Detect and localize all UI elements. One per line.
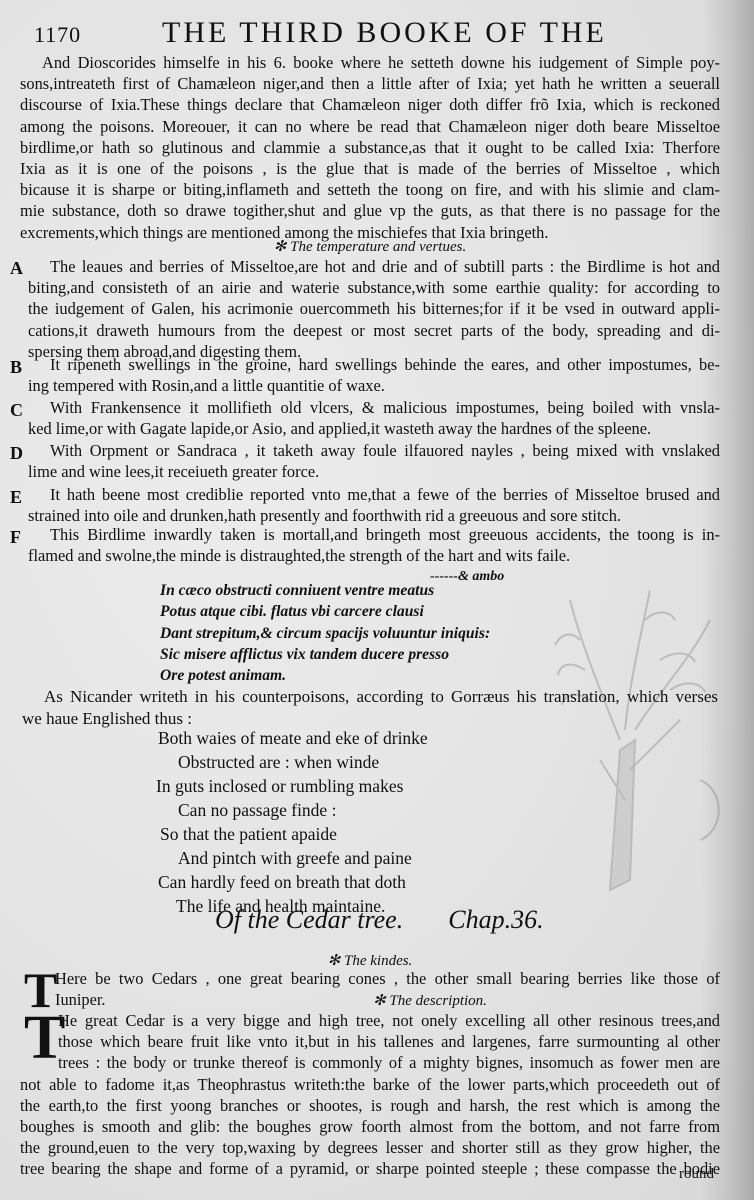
- text-line: As Nicander writeth in his counterpoison…: [22, 686, 718, 708]
- verse-line: And pintch with greefe and paine: [178, 848, 412, 869]
- text-line: boughes is smooth and glib: the boughes …: [20, 1116, 720, 1137]
- section-heading: ✻ The description.: [140, 992, 720, 1011]
- chapter-number: Chap.36.: [448, 905, 543, 934]
- margin-letter: E: [10, 487, 22, 508]
- text-line: cations,it draweth humours from the deep…: [28, 320, 720, 341]
- description-paragraph: He great Cedar is a very bigge and high …: [20, 1010, 720, 1180]
- text-line: sons,intreateth first of Chamæleon niger…: [20, 73, 720, 94]
- text-line: biting,and consisteth of an airie and wa…: [28, 277, 720, 298]
- verse-line: Obstructed are : when winde: [178, 752, 379, 773]
- text-line: among the poisons. Moreouer, it can no w…: [20, 116, 720, 137]
- text-line: ing tempered with Rosin,and a little qua…: [28, 375, 720, 396]
- chapter-title: Of the Cedar tree.: [215, 905, 403, 934]
- text-line: discourse of Ixia.These things declare t…: [20, 94, 720, 115]
- chapter-heading: Of the Cedar tree. Chap.36.: [215, 905, 544, 935]
- page-header: 1170 THE THIRD BOOKE OF THE: [30, 16, 710, 50]
- text-line: trees : the body or trunke thereof is co…: [20, 1052, 720, 1073]
- margin-letter: D: [10, 443, 23, 464]
- vertue-f: This Birdlime inwardly taken is mortall,…: [28, 524, 720, 566]
- margin-letter: B: [10, 357, 22, 378]
- section-heading: ✻ The temperature and vertues.: [20, 238, 720, 257]
- margin-letter: F: [10, 527, 21, 548]
- verse-line: In cæco obstructi conniuent ventre meatu…: [160, 580, 490, 601]
- page-number: 1170: [34, 22, 81, 48]
- text-line: tree bearing the shape and forme of a py…: [20, 1158, 720, 1179]
- book-page: 1170 THE THIRD BOOKE OF THE And Dioscori…: [0, 0, 754, 1200]
- latin-verse: In cæco obstructi conniuent ventre meatu…: [160, 580, 490, 686]
- text-line: not able to fadome it,as Theophrastus wr…: [20, 1074, 720, 1095]
- nicander-paragraph: As Nicander writeth in his counterpoison…: [22, 686, 718, 730]
- text-line: those which beare fruit like vnto it,but…: [20, 1031, 720, 1052]
- text-line: Ixia as it is one of the poisons , is th…: [20, 158, 720, 179]
- text-line: lime and wine lees,it receiueth greater …: [28, 461, 720, 482]
- text-line: ked lime,or with Gagate lapide,or Asio, …: [28, 418, 720, 439]
- text-line: This Birdlime inwardly taken is mortall,…: [28, 524, 720, 545]
- text-line: And Dioscorides himselfe in his 6. booke…: [20, 52, 720, 73]
- vertue-d: With Orpment or Sandraca , it taketh awa…: [28, 440, 720, 482]
- text-line: flamed and swolne,the minde is distraugh…: [28, 545, 720, 566]
- margin-letter: C: [10, 400, 23, 421]
- text-line: the iudgement of Galen, his acrimonie ou…: [28, 298, 720, 319]
- section-heading-temperature: ✻ The temperature and vertues.: [20, 238, 720, 257]
- text-line: Here be two Cedars , one great bearing c…: [55, 968, 720, 989]
- text-line: birdlime,or hath so glutinous and clammi…: [20, 137, 720, 158]
- running-head: THE THIRD BOOKE OF THE: [162, 16, 607, 50]
- verse-line: Sic misere afflictus vix tandem ducere p…: [160, 644, 490, 665]
- vertue-a: The leaues and berries of Misseltoe,are …: [28, 256, 720, 362]
- verse-line: In guts inclosed or rumbling makes: [156, 776, 403, 797]
- verse-line: Can hardly feed on breath that doth: [158, 872, 406, 893]
- text-line: the ground,euen to the very top,waxing b…: [20, 1137, 720, 1158]
- text-line: the earth,to the first yoong branches or…: [20, 1095, 720, 1116]
- catchword: round: [679, 1166, 714, 1183]
- verse-line: Potus atque cibi. flatus vbi carcere cla…: [160, 601, 490, 622]
- verse-line: So that the patient apaide: [160, 824, 337, 845]
- text-line: It hath beene most crediblie reported vn…: [28, 484, 720, 505]
- vertue-b: It ripeneth swellings in the groine, har…: [28, 354, 720, 396]
- vertue-c: With Frankensence it mollifieth old vlce…: [28, 397, 720, 439]
- verse-line: Can no passage finde :: [178, 800, 336, 821]
- text-line: mie substance, doth so drawe togither,sh…: [20, 200, 720, 221]
- text-line: With Frankensence it mollifieth old vlce…: [28, 397, 720, 418]
- text-line: With Orpment or Sandraca , it taketh awa…: [28, 440, 720, 461]
- plant-illustration-icon: [540, 580, 740, 900]
- text-line: The leaues and berries of Misseltoe,are …: [28, 256, 720, 277]
- text-line: He great Cedar is a very bigge and high …: [20, 1010, 720, 1031]
- text-line: bicause it is sharpe or biting,inflameth…: [20, 179, 720, 200]
- section-heading-description: ✻ The description.: [140, 992, 720, 1011]
- intro-paragraph: And Dioscorides himselfe in his 6. booke…: [20, 52, 720, 243]
- verse-line: Ore potest animam.: [160, 665, 490, 686]
- verse-line: Both waies of meate and eke of drinke: [158, 728, 428, 749]
- verse-line: Dant strepitum,& circum spacijs voluuntu…: [160, 623, 490, 644]
- margin-letter: A: [10, 258, 23, 279]
- text-line: It ripeneth swellings in the groine, har…: [28, 354, 720, 375]
- text-line: we haue Englished thus :: [22, 708, 718, 730]
- vertue-e: It hath beene most crediblie reported vn…: [28, 484, 720, 526]
